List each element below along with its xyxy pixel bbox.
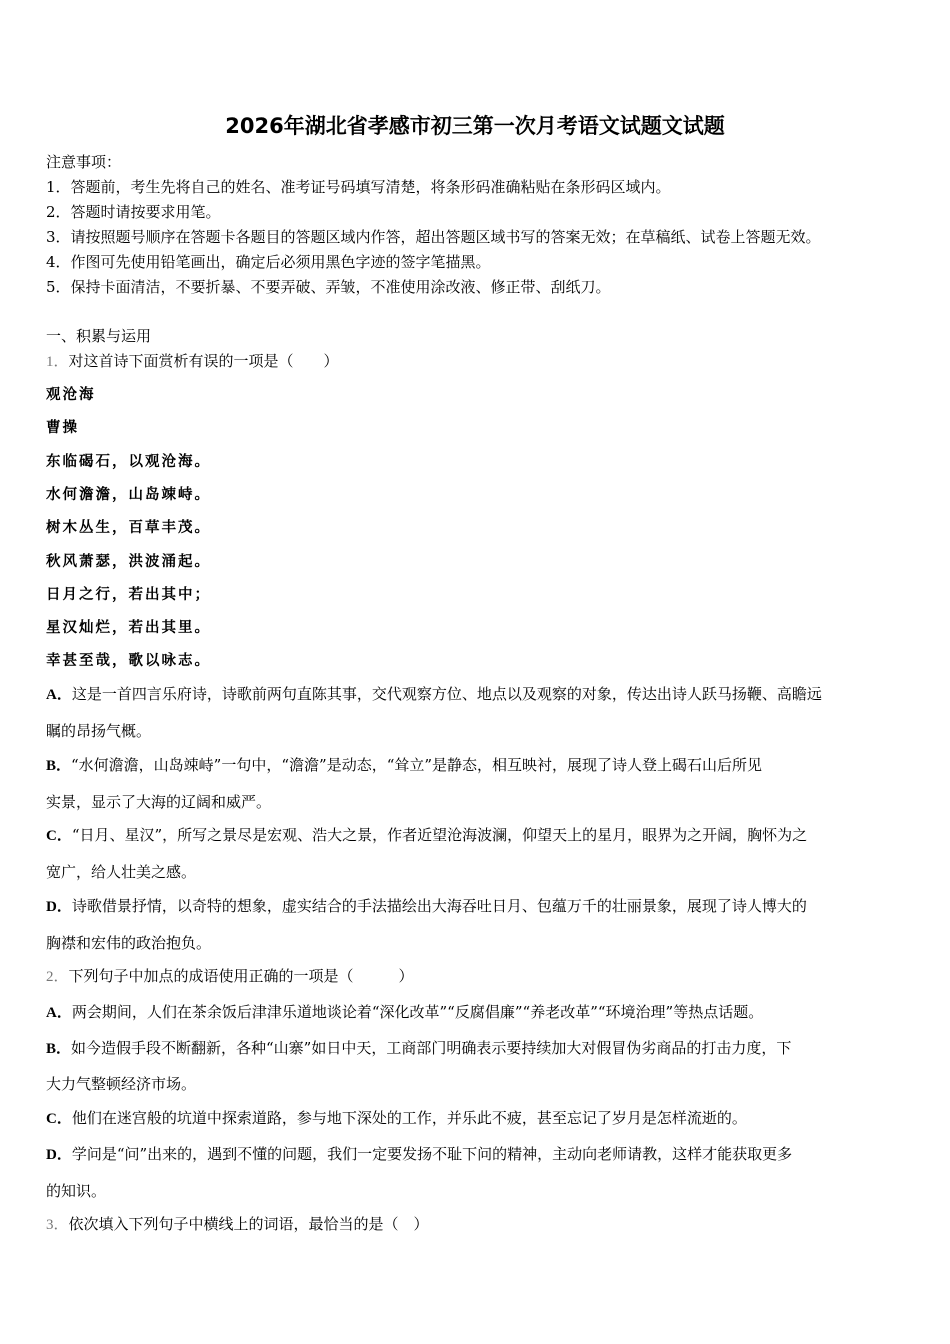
option-text: “日月、星汉”，所写之景尽是宏观、浩大之景，作者近望沧海波澜，仰望天上的星月，眼… (72, 826, 807, 844)
q2-option-d-cont: 的知识。 (46, 1181, 106, 1201)
notice-heading: 注意事项： (46, 152, 121, 172)
question-text: 依次填入下列句子中横线上的词语，最恰当的是（ ） (69, 1215, 429, 1233)
option-text: 诗歌借景抒情，以奇特的想象，虚实结合的手法描绘出大海吞吐日月、包蕴万千的壮丽景象… (72, 897, 807, 915)
question-text: 对这首诗下面赏析有误的一项是（ ） (69, 352, 339, 370)
option-text: 他们在迷宫般的坑道中探索道路，参与地下深处的工作，并乐此不疲，甚至忘记了岁月是怎… (72, 1109, 747, 1127)
poem-line-6: 星汉灿烂，若出其里。 (46, 618, 211, 638)
option-letter: B． (46, 758, 71, 774)
section-heading: 一、积累与运用 (46, 326, 151, 346)
notice-item-4: 4．作图可先使用铅笔画出，确定后必须用黑色字迹的签字笔描黑。 (46, 252, 491, 272)
q2-option-b: B．如今造假手段不断翻新，各种“山寨”如日中天，工商部门明确表示要持续加大对假冒… (46, 1038, 791, 1059)
question-text: 下列句子中加点的成语使用正确的一项是（ ） (69, 967, 414, 985)
poem-title: 观沧海 (46, 385, 96, 405)
q1-option-b-cont: 实景，显示了大海的辽阔和威严。 (46, 792, 271, 812)
option-letter: D． (46, 1147, 72, 1163)
option-letter: C． (46, 1111, 72, 1127)
option-text: 两会期间，人们在茶余饭后津津乐道地谈论着“深化改革”“反腐倡廉”“养老改革”“环… (72, 1003, 763, 1021)
option-text: 学问是“问”出来的，遇到不懂的问题，我们一定要发扬不耻下问的精神，主动向老师请教… (72, 1145, 792, 1163)
option-letter: A． (46, 687, 72, 703)
exam-page: 2026年湖北省孝感市初三第一次月考语文试题文试题 注意事项： 1．答题前，考生… (0, 0, 950, 1344)
option-text: 如今造假手段不断翻新，各种“山寨”如日中天，工商部门明确表示要持续加大对假冒伪劣… (71, 1039, 791, 1057)
q1-option-a: A．这是一首四言乐府诗，诗歌前两句直陈其事，交代观察方位、地点以及观察的对象，传… (46, 684, 822, 705)
q1-option-d-cont: 胸襟和宏伟的政治抱负。 (46, 933, 211, 953)
option-letter: D． (46, 899, 72, 915)
poem-line-5: 日月之行，若出其中； (46, 585, 211, 605)
poem-line-3: 树木丛生，百草丰茂。 (46, 518, 211, 538)
question-number: 3． (46, 1217, 69, 1233)
document-title: 2026年湖北省孝感市初三第一次月考语文试题文试题 (0, 112, 950, 140)
poem-line-7: 幸甚至哉，歌以咏志。 (46, 651, 211, 671)
question-number: 1． (46, 354, 69, 370)
notice-item-5: 5．保持卡面清洁，不要折暴、不要弄破、弄皱，不准使用涂改液、修正带、刮纸刀。 (46, 277, 611, 297)
notice-item-3: 3．请按照题号顺序在答题卡各题目的答题区域内作答，超出答题区域书写的答案无效；在… (46, 227, 821, 247)
q2-option-b-cont: 大力气整顿经济市场。 (46, 1074, 196, 1094)
q1-option-c-cont: 宽广，给人壮美之感。 (46, 862, 196, 882)
q2-option-c: C．他们在迷宫般的坑道中探索道路，参与地下深处的工作，并乐此不疲，甚至忘记了岁月… (46, 1108, 747, 1129)
poem-author: 曹操 (46, 418, 79, 438)
option-letter: C． (46, 828, 72, 844)
poem-line-4: 秋风萧瑟，洪波涌起。 (46, 552, 211, 572)
question-3-stem: 3．依次填入下列句子中横线上的词语，最恰当的是（ ） (46, 1214, 429, 1235)
q1-option-c: C．“日月、星汉”，所写之景尽是宏观、浩大之景，作者近望沧海波澜，仰望天上的星月… (46, 825, 807, 846)
question-number: 2． (46, 969, 69, 985)
question-1-stem: 1．对这首诗下面赏析有误的一项是（ ） (46, 351, 339, 372)
option-letter: A． (46, 1005, 72, 1021)
q1-option-a-cont: 瞩的昂扬气概。 (46, 721, 151, 741)
q2-option-d: D．学问是“问”出来的，遇到不懂的问题，我们一定要发扬不耻下问的精神，主动向老师… (46, 1144, 792, 1165)
poem-line-1: 东临碣石，以观沧海。 (46, 452, 211, 472)
q2-option-a: A．两会期间，人们在茶余饭后津津乐道地谈论着“深化改革”“反腐倡廉”“养老改革”… (46, 1002, 763, 1023)
q1-option-d: D．诗歌借景抒情，以奇特的想象，虚实结合的手法描绘出大海吞吐日月、包蕴万千的壮丽… (46, 896, 807, 917)
option-text: “水何澹澹，山岛竦峙”一句中，“澹澹”是动态，“耸立”是静态，相互映衬，展现了诗… (71, 756, 762, 774)
option-text: 这是一首四言乐府诗，诗歌前两句直陈其事，交代观察方位、地点以及观察的对象，传达出… (72, 685, 822, 703)
notice-item-1: 1．答题前，考生先将自己的姓名、准考证号码填写清楚，将条形码准确粘贴在条形码区域… (46, 177, 671, 197)
question-2-stem: 2．下列句子中加点的成语使用正确的一项是（ ） (46, 966, 414, 987)
option-letter: B． (46, 1041, 71, 1057)
poem-line-2: 水何澹澹，山岛竦峙。 (46, 485, 211, 505)
notice-item-2: 2．答题时请按要求用笔。 (46, 202, 221, 222)
q1-option-b: B．“水何澹澹，山岛竦峙”一句中，“澹澹”是动态，“耸立”是静态，相互映衬，展现… (46, 755, 762, 776)
